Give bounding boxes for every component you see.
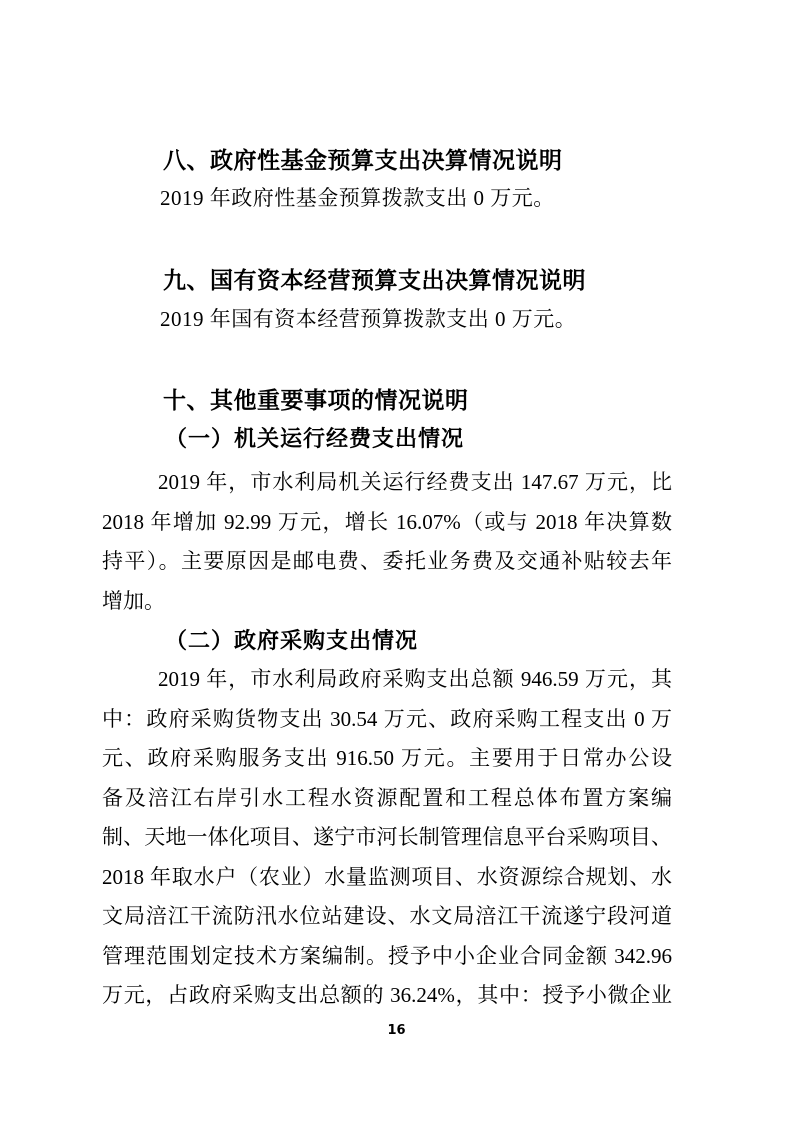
paragraph-line: 文局涪江干流防汛水位站建设、水文局涪江干流遂宁段河道	[102, 897, 672, 937]
section-10-sub-2-heading: （二）政府采购支出情况	[102, 626, 672, 656]
section-10-sub-1-paragraph: 2019 年，市水利局机关运行经费支出 147.67 万元，比 2018 年增加…	[102, 463, 672, 621]
paragraph-line: 2019 年，市水利局机关运行经费支出 147.67 万元，比	[102, 463, 672, 503]
document-page: 八、政府性基金预算支出决算情况说明 2019 年政府性基金预算拨款支出 0 万元…	[0, 0, 793, 1122]
paragraph-line: 元、政府采购服务支出 916.50 万元。主要用于日常办公设	[102, 739, 672, 779]
section-10-sub-1-heading: （一）机关运行经费支出情况	[102, 424, 672, 454]
section-9-body: 2019 年国有资本经营预算拨款支出 0 万元。	[102, 304, 672, 334]
section-8-body: 2019 年政府性基金预算拨款支出 0 万元。	[102, 183, 672, 213]
page-number: 16	[0, 1022, 793, 1040]
paragraph-line: 2018 年增加 92.99 万元，增长 16.07%（或与 2018 年决算数	[102, 503, 672, 543]
paragraph-line: 2018 年取水户（农业）水量监测项目、水资源综合规划、水	[102, 858, 672, 898]
section-10-sub-2-paragraph: 2019 年，市水利局政府采购支出总额 946.59 万元，其 中：政府采购货物…	[102, 660, 672, 1016]
paragraph-line: 管理范围划定技术方案编制。授予中小企业合同金额 342.96	[102, 937, 672, 977]
section-9-heading: 九、国有资本经营预算支出决算情况说明	[102, 266, 672, 296]
paragraph-line: 中：政府采购货物支出 30.54 万元、政府采购工程支出 0 万	[102, 700, 672, 740]
paragraph-line: 2019 年，市水利局政府采购支出总额 946.59 万元，其	[102, 660, 672, 700]
paragraph-line: 备及涪江右岸引水工程水资源配置和工程总体布置方案编	[102, 779, 672, 819]
paragraph-line: 万元，占政府采购支出总额的 36.24%，其中：授予小微企业	[102, 976, 672, 1016]
section-8-heading: 八、政府性基金预算支出决算情况说明	[102, 146, 672, 176]
paragraph-line: 增加。	[102, 582, 672, 622]
section-10-heading: 十、其他重要事项的情况说明	[102, 386, 672, 416]
paragraph-line: 持平）。主要原因是邮电费、委托业务费及交通补贴较去年	[102, 542, 672, 582]
paragraph-line: 制、天地一体化项目、遂宁市河长制管理信息平台采购项目、	[102, 818, 672, 858]
